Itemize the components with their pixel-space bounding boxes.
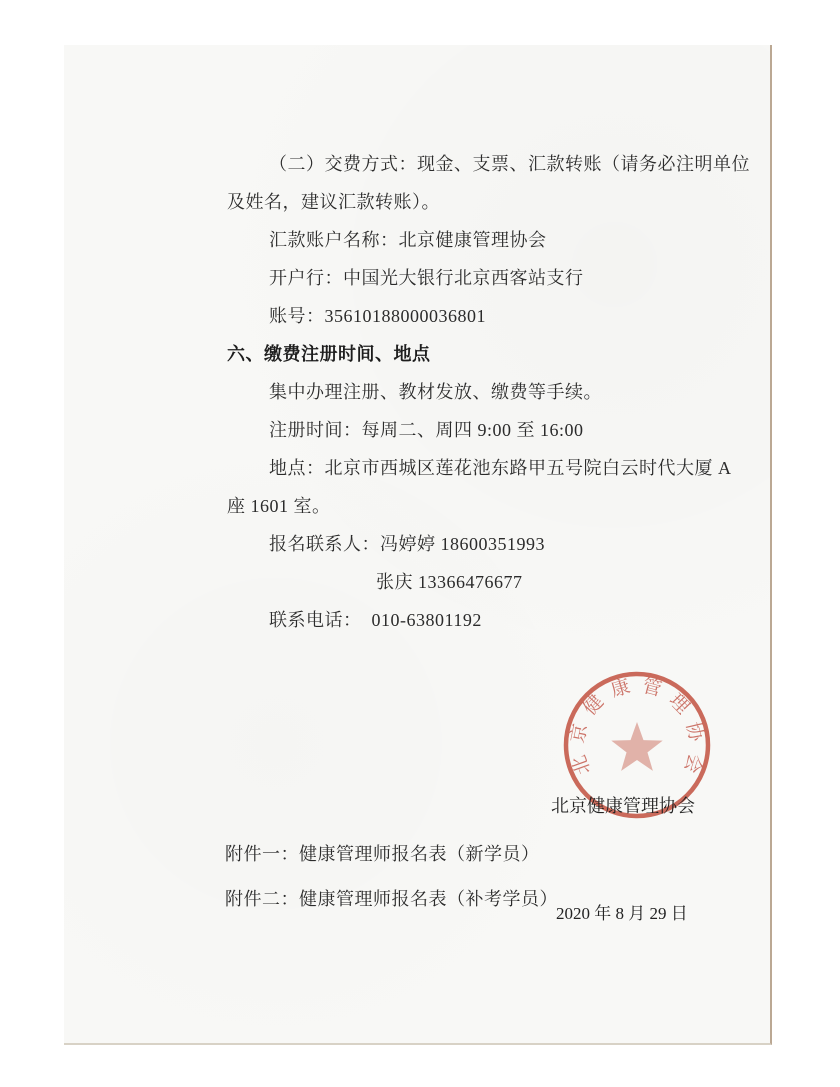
attachment-line: 附件二：健康管理师报名表（补考学员）	[225, 877, 558, 922]
text-line: （二）交费方式：现金、支票、汇款转账（请务必注明单位	[227, 145, 787, 183]
text-line: 汇款账户名称：北京健康管理协会	[227, 221, 787, 259]
text-line: 报名联系人：冯婷婷 18600351993	[227, 525, 787, 563]
body-lines: （二）交费方式：现金、支票、汇款转账（请务必注明单位及姓名，建议汇款转账）。汇款…	[227, 145, 787, 639]
signature-org: 北京健康管理协会	[551, 788, 695, 824]
text-line: 集中办理注册、教材发放、缴费等手续。	[227, 373, 787, 411]
text-line: 开户行：中国光大银行北京西客站支行	[227, 259, 787, 297]
text-line: 张庆 13366476677	[227, 563, 787, 601]
signature-date: 2020 年 8 月 29 日	[551, 896, 695, 932]
scanned-paper: （二）交费方式：现金、支票、汇款转账（请务必注明单位及姓名，建议汇款转账）。汇款…	[64, 45, 772, 1045]
text-line: 座 1601 室。	[227, 487, 787, 525]
attachment-line: 附件一：健康管理师报名表（新学员）	[225, 832, 558, 877]
text-line: 六、缴费注册时间、地点	[227, 335, 787, 373]
text-line: 地点：北京市西城区莲花池东路甲五号院白云时代大厦 A	[227, 449, 787, 487]
text-line: 账号：35610188000036801	[227, 297, 787, 335]
attachment-lines: 附件一：健康管理师报名表（新学员）附件二：健康管理师报名表（补考学员）	[225, 832, 558, 922]
document-page: （二）交费方式：现金、支票、汇款转账（请务必注明单位及姓名，建议汇款转账）。汇款…	[0, 0, 840, 1087]
text-line: 及姓名，建议汇款转账）。	[227, 183, 787, 221]
text-line: 注册时间：每周二、周四 9:00 至 16:00	[227, 411, 787, 449]
text-line: 联系电话： 010-63801192	[227, 601, 787, 639]
signature-block: 北京健康管理协会 2020 年 8 月 29 日	[551, 716, 695, 1004]
